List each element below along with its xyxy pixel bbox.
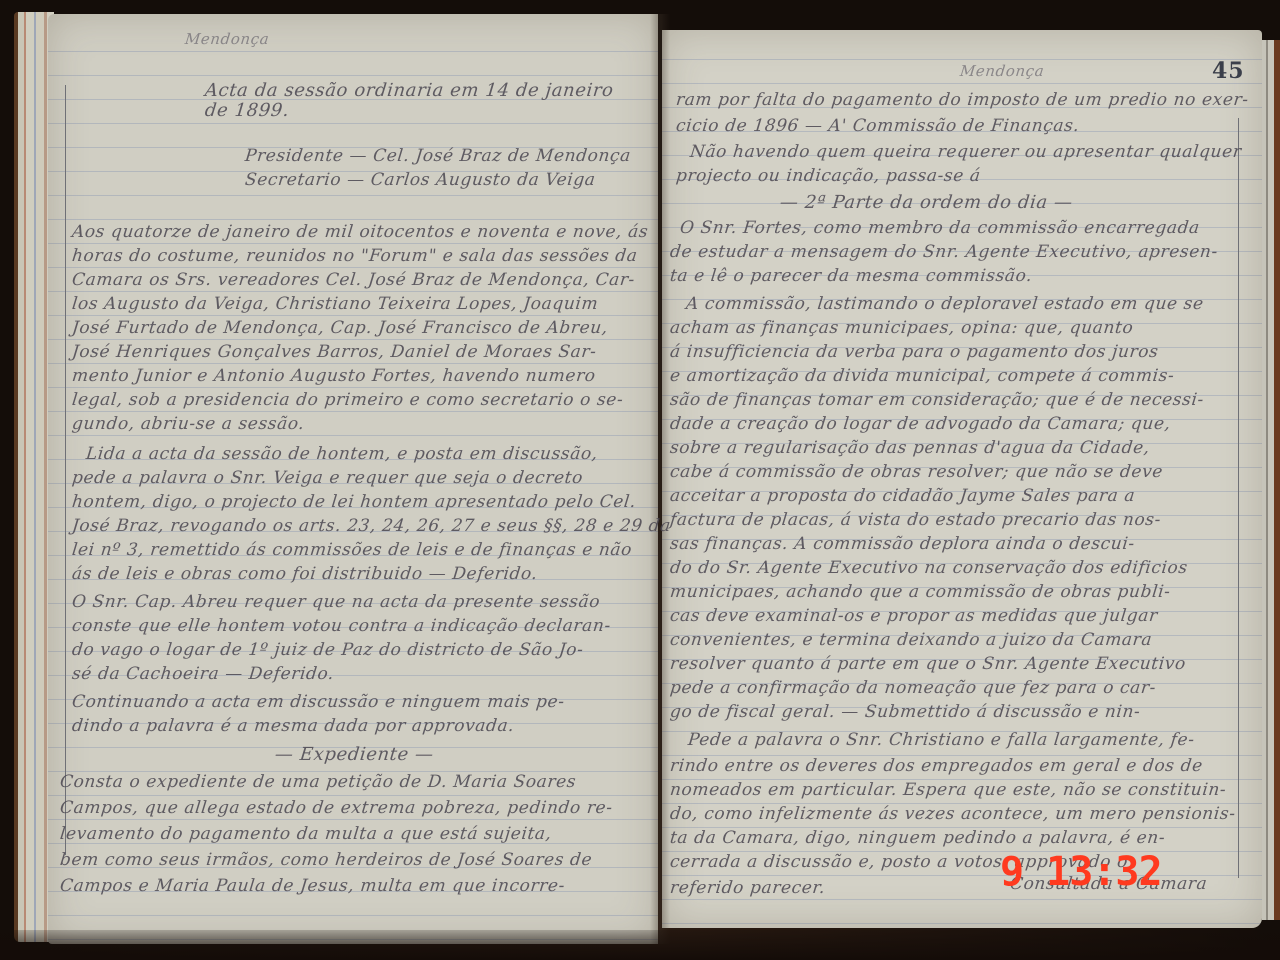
minutes-title-line-2: de 1899. xyxy=(204,100,290,121)
right-line: ta da Camara, digo, ninguem pedindo a pa… xyxy=(669,828,1166,848)
left-line: legal, sob a presidencia do primeiro e c… xyxy=(71,390,624,410)
right-line: são de finanças tomar em consideração; q… xyxy=(669,390,1205,410)
expediente-line: Campos e Maria Paula de Jesus, multa em … xyxy=(59,876,566,896)
left-line: Continuando a acta em discussão e ningue… xyxy=(71,692,566,712)
left-line: ás de leis e obras como foi distribuido … xyxy=(71,564,539,584)
left-line: José Braz, revogando os arts. 23, 24, 26… xyxy=(71,516,672,536)
left-line: hontem, digo, o projecto de lei hontem a… xyxy=(71,492,637,512)
right-line: nomeados em particular. Espera que este,… xyxy=(669,780,1227,800)
left-line: O Snr. Cap. Abreu requer que na acta da … xyxy=(71,592,601,612)
right-line: acceitar a proposta do cidadão Jayme Sal… xyxy=(669,486,1136,506)
right-line: do, como infelizmente ás vezes acontece,… xyxy=(669,804,1237,824)
left-line: José Henriques Gonçalves Barros, Daniel … xyxy=(71,342,598,362)
right-page-edge xyxy=(1262,40,1280,920)
right-line: Pede a palavra o Snr. Christiano e falla… xyxy=(687,730,1196,750)
left-line: gundo, abriu-se a sessão. xyxy=(71,414,306,434)
right-line: ram por falta do pagamento do imposto de… xyxy=(675,90,1250,110)
right-line: rindo entre os deveres dos empregados em… xyxy=(669,756,1204,776)
right-line: convenientes, e termina deixando a juizo… xyxy=(669,630,1153,650)
left-line: Camara os Srs. vereadores Cel. José Braz… xyxy=(71,270,636,290)
right-line: projecto ou indicação, passa-se á xyxy=(675,166,982,186)
expediente-line: levamento do pagamento da multa a que es… xyxy=(59,824,553,844)
second-part-heading: — 2ª Parte da ordem do dia — xyxy=(779,192,1074,213)
right-line: pede a confirmação da nomeação que fez p… xyxy=(669,678,1157,698)
right-line: e amortização da divida municipal, compe… xyxy=(669,366,1175,386)
expediente-line: Campos, que allega estado de extrema pob… xyxy=(59,798,614,818)
page-number: 45 xyxy=(1212,58,1245,84)
expediente-heading: — Expediente — xyxy=(274,744,435,765)
right-line: do do Sr. Agente Executivo na conservaçã… xyxy=(669,558,1189,578)
open-ledger-photo: Mendonça Acta da sessão ordinaria em 14 … xyxy=(0,0,1280,960)
left-line: lei nº 3, remettido ás commissões de lei… xyxy=(71,540,633,560)
left-line: conste que elle hontem votou contra a in… xyxy=(71,616,612,636)
right-line: dade a creação do logar de advogado da C… xyxy=(669,414,1172,434)
right-line: cicio de 1896 — A' Commissão de Finanças… xyxy=(675,116,1081,136)
left-line: Lida a acta da sessão de hontem, e posta… xyxy=(85,444,599,464)
secretary-line: Secretario — Carlos Augusto da Veiga xyxy=(244,170,597,190)
right-line: sobre a regularisação das pennas d'agua … xyxy=(669,438,1151,458)
expediente-line: bem como seus irmãos, como herdeiros de … xyxy=(59,850,593,870)
right-line: cabe á commissão de obras resolver; que … xyxy=(669,462,1164,482)
right-line: cas deve examinal-os e propor as medidas… xyxy=(669,606,1159,626)
left-line: José Furtado de Mendonça, Cap. José Fran… xyxy=(71,318,609,338)
left-line: horas do costume, reunidos no "Forum" e … xyxy=(71,246,639,266)
expediente-line: Consta o expediente de uma petição de D.… xyxy=(59,772,577,792)
right-line: á insufficiencia da verba para o pagamen… xyxy=(669,342,1160,362)
left-line: Aos quatorze de janeiro de mil oitocento… xyxy=(71,222,649,242)
right-line: de estudar a mensagem do Snr. Agente Exe… xyxy=(669,242,1219,262)
right-line: referido parecer. xyxy=(669,878,826,898)
book-gutter xyxy=(650,14,670,944)
left-header-signature: Mendonça xyxy=(184,30,270,48)
left-line: dindo a palavra é a mesma dada por appro… xyxy=(71,716,515,736)
president-line: Presidente — Cel. José Braz de Mendonça xyxy=(244,146,632,166)
right-line: sas finanças. A commissão deplora ainda … xyxy=(669,534,1136,554)
right-line: go de fiscal geral. — Submettido á discu… xyxy=(669,702,1141,722)
right-line: resolver quanto á parte em que o Snr. Ag… xyxy=(669,654,1187,674)
right-line: factura de placas, á vista do estado pre… xyxy=(669,510,1162,530)
right-line: Não havendo quem queira requerer ou apre… xyxy=(689,142,1243,162)
left-line: sé da Cachoeira — Deferido. xyxy=(71,664,335,684)
minutes-title-line-1: Acta da sessão ordinaria em 14 de janeir… xyxy=(204,80,615,101)
right-line: A commissão, lastimando o deploravel est… xyxy=(685,294,1205,314)
right-margin-rule xyxy=(1238,118,1239,878)
left-line: los Augusto da Veiga, Christiano Teixeir… xyxy=(71,294,599,314)
right-line: municipaes, achando que a commissão de o… xyxy=(669,582,1172,602)
right-line: O Snr. Fortes, como membro da commissão … xyxy=(679,218,1201,238)
left-margin-rule xyxy=(65,85,66,855)
left-line: pede a palavra o Snr. Veiga e requer que… xyxy=(71,468,584,488)
left-line: do vago o logar de 1º juiz de Paz do dis… xyxy=(71,640,585,660)
right-line: ta e lê o parecer da mesma commissão. xyxy=(669,266,1033,286)
bottom-shadow xyxy=(0,930,1280,960)
right-line: acham as finanças municipaes, opina: que… xyxy=(669,318,1134,338)
camera-timestamp: 9 13:32 xyxy=(1000,852,1162,892)
left-line: mento Junior e Antonio Augusto Fortes, h… xyxy=(71,366,597,386)
right-header-signature: Mendonça xyxy=(959,62,1045,80)
